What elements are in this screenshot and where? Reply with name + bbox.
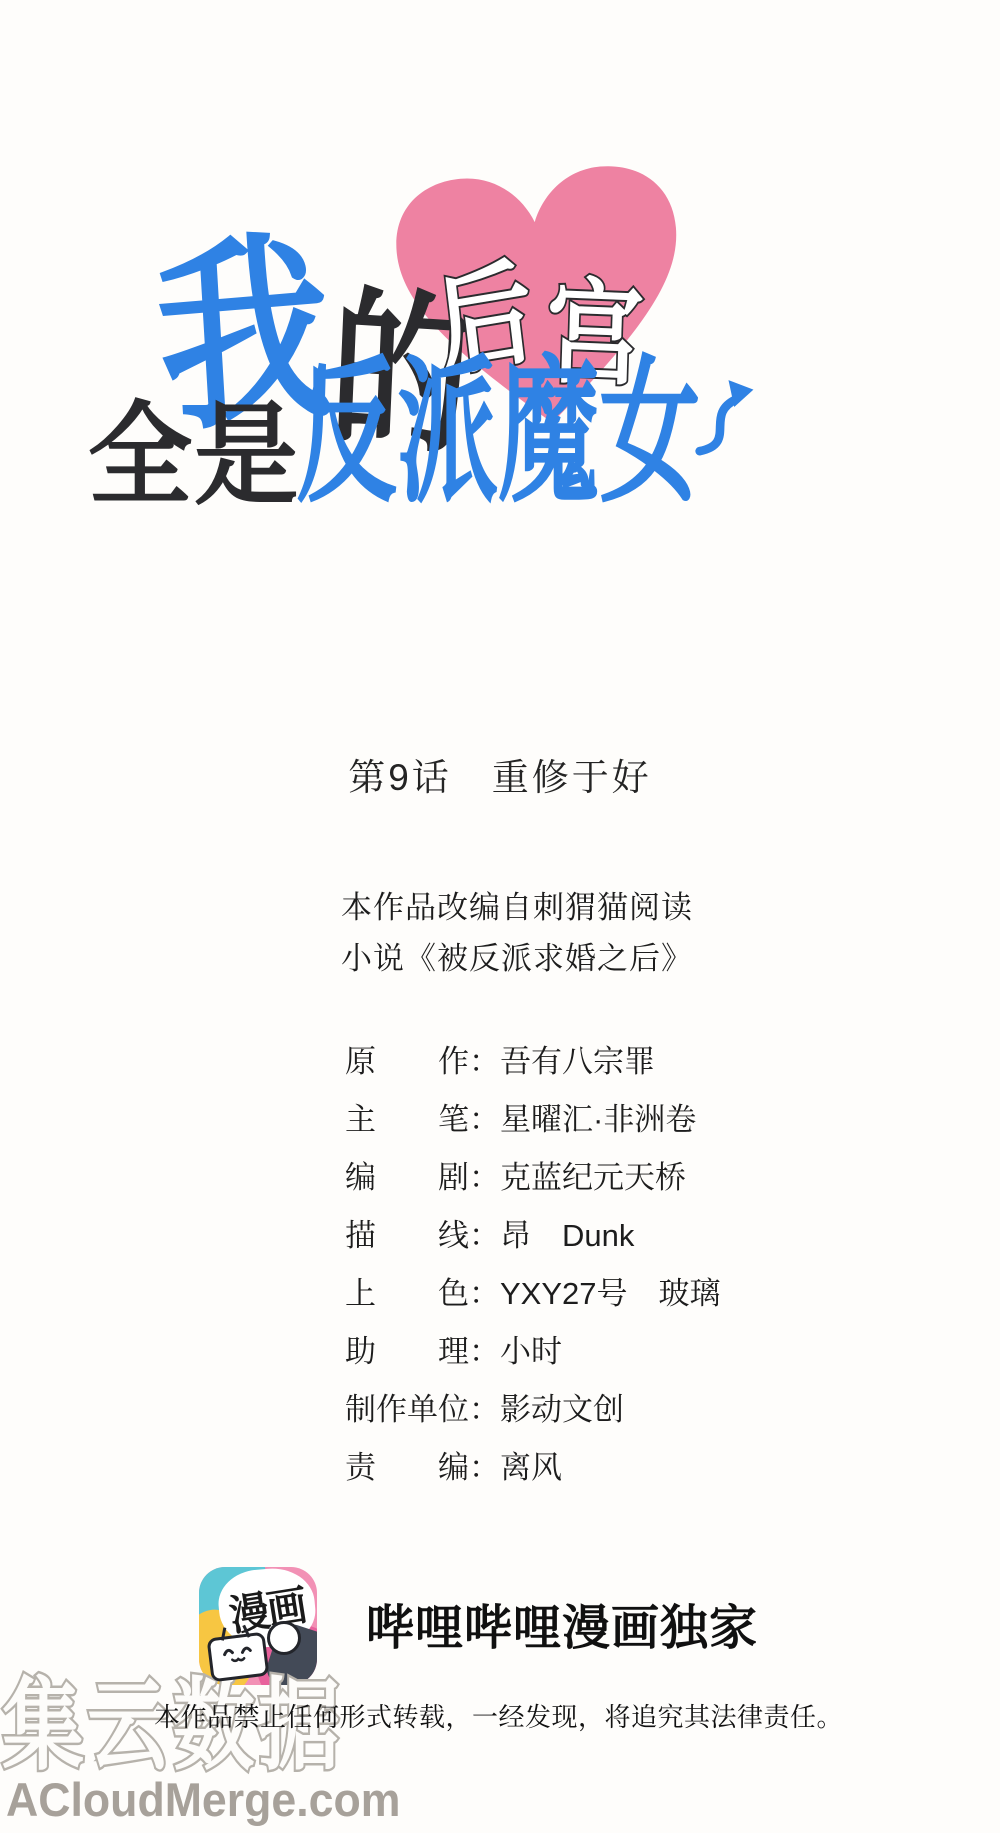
credit-label: 责 编：: [345, 1450, 500, 1485]
credit-label: 编 剧：: [345, 1160, 500, 1195]
credit-row-lead-artist: 主 笔：星曜汇·非洲卷: [345, 1102, 721, 1137]
credit-value: 小时: [500, 1334, 562, 1369]
bilibili-tv-icon: [207, 1632, 270, 1683]
credit-value: 星曜汇·非洲卷: [500, 1102, 696, 1137]
credit-row-coloring: 上 色：YXY27号 玻璃: [345, 1276, 721, 1311]
devil-tail-icon: [692, 372, 788, 464]
credit-row-original-author: 原 作：吾有八宗罪: [345, 1044, 721, 1079]
credit-value: 克蓝纪元天桥: [500, 1160, 686, 1195]
credit-value: 离风: [500, 1450, 562, 1485]
credit-value: 影动文创: [500, 1392, 624, 1427]
credits-list: 原 作：吾有八宗罪 主 笔：星曜汇·非洲卷 编 剧：克蓝纪元天桥 描 线：昂 D…: [345, 1044, 721, 1485]
comic-title-page: 我 的 后 宫 全是 反派魔女 第9话 重修于好 本作品改编自刺猬猫阅读 小说《…: [0, 0, 1000, 1833]
credit-row-production: 制作单位：影动文创: [345, 1392, 721, 1427]
adaptation-line-2: 小说《被反派求婚之后》: [341, 933, 693, 984]
credit-value: 昂 Dunk: [500, 1218, 634, 1253]
credit-label: 主 笔：: [345, 1102, 500, 1137]
credit-row-script: 编 剧：克蓝纪元天桥: [345, 1160, 721, 1195]
credit-row-lineart: 描 线：昂 Dunk: [345, 1218, 721, 1253]
credit-row-assistant: 助 理：小时: [345, 1334, 721, 1369]
credit-value: 吾有八宗罪: [500, 1044, 655, 1079]
publisher-exclusive-text: 哔哩哔哩漫画独家: [366, 1589, 758, 1658]
title-line2-main: 反派魔女: [296, 354, 700, 512]
tv-face-icon: [210, 1635, 266, 1673]
credit-label: 助 理：: [345, 1334, 500, 1369]
credit-label: 上 色：: [345, 1276, 500, 1311]
adaptation-note: 本作品改编自刺猬猫阅读 小说《被反派求婚之后》: [341, 882, 693, 984]
copyright-disclaimer: 本作品禁止任何形式转载，一经发现，将追究其法律责任。: [154, 1697, 843, 1734]
credit-label: 原 作：: [345, 1044, 500, 1079]
credit-value: YXY27号 玻璃: [500, 1276, 721, 1311]
watermark-site-domain: ACloudMerge.com: [6, 1772, 400, 1827]
credit-label: 制作单位：: [345, 1392, 500, 1427]
adaptation-line-1: 本作品改编自刺猬猫阅读: [341, 882, 693, 933]
credit-row-editor: 责 编：离风: [345, 1450, 721, 1485]
chapter-title: 第9话 重修于好: [0, 747, 1000, 801]
bilibili-manga-app-icon: 漫画: [199, 1567, 317, 1685]
credit-label: 描 线：: [345, 1218, 500, 1253]
title-line2-prefix: 全是: [88, 400, 300, 512]
icon-glove-shape: [267, 1621, 301, 1655]
